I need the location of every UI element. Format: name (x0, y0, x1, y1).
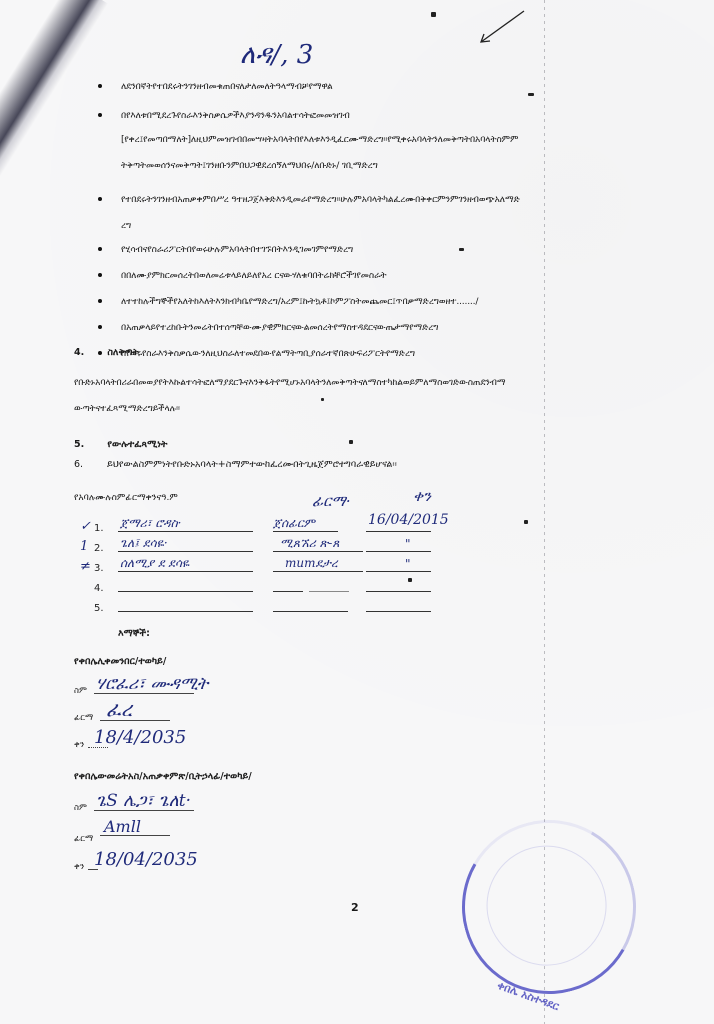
signatory-name: ጀማሪ፣ ሮዳስ· (120, 516, 182, 531)
signatories-header: የአባሉሙሉስምፊርማቀንናዓ.ም (74, 493, 178, 503)
field-label: ፊርማ (74, 713, 93, 723)
signatory-signature: ሚጸኧሪ ጽ-ጸ (280, 536, 339, 551)
signatory-signature: ጀሰፊርም (273, 516, 315, 531)
page-number: 2 (351, 901, 359, 914)
paragraph-line: የቡድኑአባላትበሪራበመወያየትእኩልተሳትፎለማያደርጉናእንቅፋትየሚሆኑ… (74, 370, 674, 396)
signature-column-label: ፊርማ· (312, 492, 351, 510)
land-date-field: ቀን 18/04/2035 (74, 852, 274, 872)
scan-speck (431, 12, 436, 17)
penalty-paragraph: የቡድኑአባላትበሪራበመወያየትእኩልተሳትፎለማያደርጉናእንቅፋትየሚሆኑ… (74, 370, 674, 422)
scan-speck (524, 520, 528, 524)
section-title: ስለቅጣት (107, 347, 138, 358)
land-signature-field: ፊርማ Amll (74, 818, 274, 838)
bullet-icon (98, 84, 102, 88)
name-line (118, 551, 253, 552)
field-label: ስም (74, 803, 87, 813)
list-item-text: የሂሳብናየስራሪፖርትበየወሩሁሉምአባላትበተገኙበትእንዲገመገምየማድረ… (121, 244, 353, 255)
date-line (366, 611, 431, 612)
paragraph-line: ውጣትናተፈጻሚማድረግይችላሉ፡፡ (74, 396, 674, 422)
signatory-name: ጌለ፤ ደሳዬ· (120, 536, 168, 551)
field-value: 18/4/2035 (94, 727, 186, 748)
name-line (118, 571, 253, 572)
section-number: 4. (74, 347, 104, 358)
list-item: በየወሩየስራእንቅስቃሴውንለዚህስራለተመደበውየልማትጣቢያሰራተኛበጽሁ… (98, 347, 618, 361)
row-number: 3. (94, 563, 104, 574)
section-heading-penalty: 4. ስለቅጣት (74, 347, 139, 358)
list-item-text: ለደንበኛትየተበደሩትንገንዘብመቁጠበናለታለመለትዓላማብቻየማዋል (121, 81, 333, 92)
kebele-chairman-title: የቀበሌሊቀመንበር/ተወካይ/ (74, 656, 166, 667)
list-item-text: በበለሙያምክርመሰረትበወለመሬቱላይለይለየአረ ርናውሃለቁባበትሬክቸሮ… (121, 270, 387, 281)
row-number: 5. (94, 603, 104, 614)
signatory-row: 1 2. ጌለ፤ ደሳዬ· ሚጸኧሪ ጽ-ጸ " (80, 534, 440, 554)
date-line (366, 591, 431, 592)
signatory-date: " (405, 537, 411, 551)
list-item-text: ለተተከሉችግኞችየአለትከእለትእንክብካቤየማድረግ/አረም፤ኩትኳቶ፤ኮም… (121, 296, 478, 307)
bullet-icon (98, 197, 102, 201)
margin-mark: ✓ (80, 519, 91, 534)
scanned-document-page: ለዳ/, 3 ለደንበኛትየተበደሩትንገንዘብመቁጠበናለታለመለትዓላማብቻ… (0, 0, 714, 1024)
list-item-text: በየእለቱበሚደረጉየስራእንቅስቃሴዎችእያንዳንዱንአባልተሳትፎመመዝገብ (121, 110, 350, 121)
field-value: ሃሮፈሪ፣ ሙዳሚት (96, 674, 208, 694)
signature-scrawl: ፈረ (106, 697, 132, 721)
list-item-continuation: [የቀረ፤የመጣበማለት]ለዚህምመዝገብበመሣዛትአባላትበየእለቱእንዲፈር… (121, 127, 618, 179)
bullet-icon (98, 247, 102, 251)
row-number: 1. (94, 523, 104, 534)
witnesses-label: እማኞች: (118, 628, 150, 639)
field-label: ስም (74, 686, 87, 696)
field-label: ቀን (74, 862, 84, 872)
name-line (118, 591, 253, 592)
list-item: በአጠቃላይየተረከቡትንመሬትበተሰጣቸውሙያዊምክርናውልመሰረትየማስተዳ… (98, 321, 618, 335)
list-item: በየእለቱበሚደረጉየስራእንቅስቃሴዎችእያንዳንዱንአባልተሳትፎመመዝገብ… (98, 109, 618, 179)
section-effective-date: 6. ይህየውልስምምነትየቡድኑአባላት+ስማምተውከፈረሙበትጊዜጀምሮተግ… (74, 459, 397, 470)
list-item: ለተተከሉችግኞችየአለትከእለትእንክብካቤየማድረግ/አረም፤ኩትኳቶ፤ኮም… (98, 295, 618, 309)
date-column-label: ቀን (413, 487, 431, 505)
bullet-icon (98, 299, 102, 303)
date-line (366, 531, 431, 532)
signatory-row: ✓ 1. ጀማሪ፣ ሮዳስ· ጀሰፊርም 16/04/2015 (80, 514, 440, 534)
signature-line (273, 571, 363, 572)
stamp-text: ቀበሌ አስተዳደር (495, 979, 561, 1014)
signature-line (273, 611, 348, 612)
signatory-date: 16/04/2015 (368, 512, 449, 528)
section-heading-enforcement: 5. የውሉተፈጻሚነት (74, 439, 167, 450)
list-item-text: በአጠቃላይየተረከቡትንመሬትበተሰጣቸውሙያዊምክርናውልመሰረትየማስተዳ… (121, 322, 438, 333)
signatory-signature: mumደታረ (285, 556, 338, 571)
bullet-icon (98, 325, 102, 329)
date-line (366, 551, 431, 552)
signature-scrawl: Amll (104, 817, 141, 836)
signatory-name: ሰለሚያ ደ ደሳዬ (120, 556, 189, 571)
field-label: ቀን (74, 740, 84, 750)
kebele-name-field: ስም ሃሮፈሪ፣ ሙዳሚት (74, 676, 274, 696)
margin-mark: ≠ (80, 559, 91, 574)
name-line (118, 531, 253, 532)
field-value: ጌS ሌጋ፣ ጌለt· (96, 791, 191, 811)
official-stamp: ቀበሌ አስተዳደር (442, 800, 655, 1013)
list-item-text: የተበደሩትንገንዘብአጠቃቀምበሥረ ዓተዘጋጀእቅድእንዲመራየማድረግ፡፡… (121, 194, 520, 205)
row-number: 2. (94, 543, 104, 554)
scan-speck (349, 440, 353, 444)
name-line (118, 611, 253, 612)
field-label: ፊርማ (74, 834, 93, 844)
section-text: ይህየውልስምምነትየቡድኑአባላት+ስማምተውከፈረሙበትጊዜጀምሮተግባራዊ… (107, 459, 397, 470)
list-item: በበለሙያምክርመሰረትበወለመሬቱላይለይለየአረ ርናውሃለቁባበትሬክቸሮ… (98, 269, 618, 283)
row-number: 4. (94, 583, 104, 594)
land-admin-title: የቀበሌውመሬትአስ/አጠቃቀምጽ/ቢትኃላፊ/ተወካይ/ (74, 771, 252, 782)
bullet-icon (98, 273, 102, 277)
signature-line (273, 551, 363, 552)
signature-line (273, 531, 338, 532)
section-number: 6. (74, 459, 104, 470)
section-title: የውሉተፈጻሚነት (107, 439, 167, 450)
date-line (366, 571, 431, 572)
signatory-row: ≠ 3. ሰለሚያ ደ ደሳዬ mumደታረ " (80, 554, 440, 574)
stamp-inner-ring (473, 832, 620, 979)
signature-line (273, 591, 303, 592)
list-item: የሂሳብናየስራሪፖርትበየወሩሁሉምአባላትበተገኙበትእንዲገመገምየማድረ… (98, 243, 618, 257)
signatory-row: 4. (80, 574, 440, 594)
bullet-icon (98, 113, 102, 117)
responsibilities-list: ለደንበኛትየተበደሩትንገንዘብመቁጠበናለታለመለትዓላማብቻየማዋል በየ… (98, 80, 618, 373)
list-item: የተበደሩትንገንዘብአጠቃቀምበሥረ ዓተዘጋጀእቅድእንዲመራየማድረግ፡፡… (98, 193, 618, 233)
signatory-date: " (405, 557, 411, 571)
land-name-field: ስም ጌS ሌጋ፣ ጌለt· (74, 793, 274, 813)
section-number: 5. (74, 439, 104, 450)
margin-mark: 1 (80, 539, 88, 554)
check-icon (478, 8, 528, 50)
list-item-text: በየወሩየስራእንቅስቃሴውንለዚህስራለተመደበውየልማትጣቢያሰራተኛበጽሁ… (121, 348, 415, 359)
list-item: ለደንበኛትየተበደሩትንገንዘብመቁጠበናለታለመለትዓላማብቻየማዋል (98, 80, 618, 94)
handwritten-heading: ለዳ/, 3 (240, 40, 313, 71)
kebele-signature-field: ፊርማ ፈረ (74, 703, 274, 723)
kebele-date-field: ቀን 18/4/2035 (74, 730, 274, 750)
signatory-row: 5. (80, 594, 440, 614)
field-value: 18/04/2035 (94, 849, 198, 870)
list-item-continuation: ረግ (121, 219, 618, 233)
signature-line (309, 591, 349, 592)
